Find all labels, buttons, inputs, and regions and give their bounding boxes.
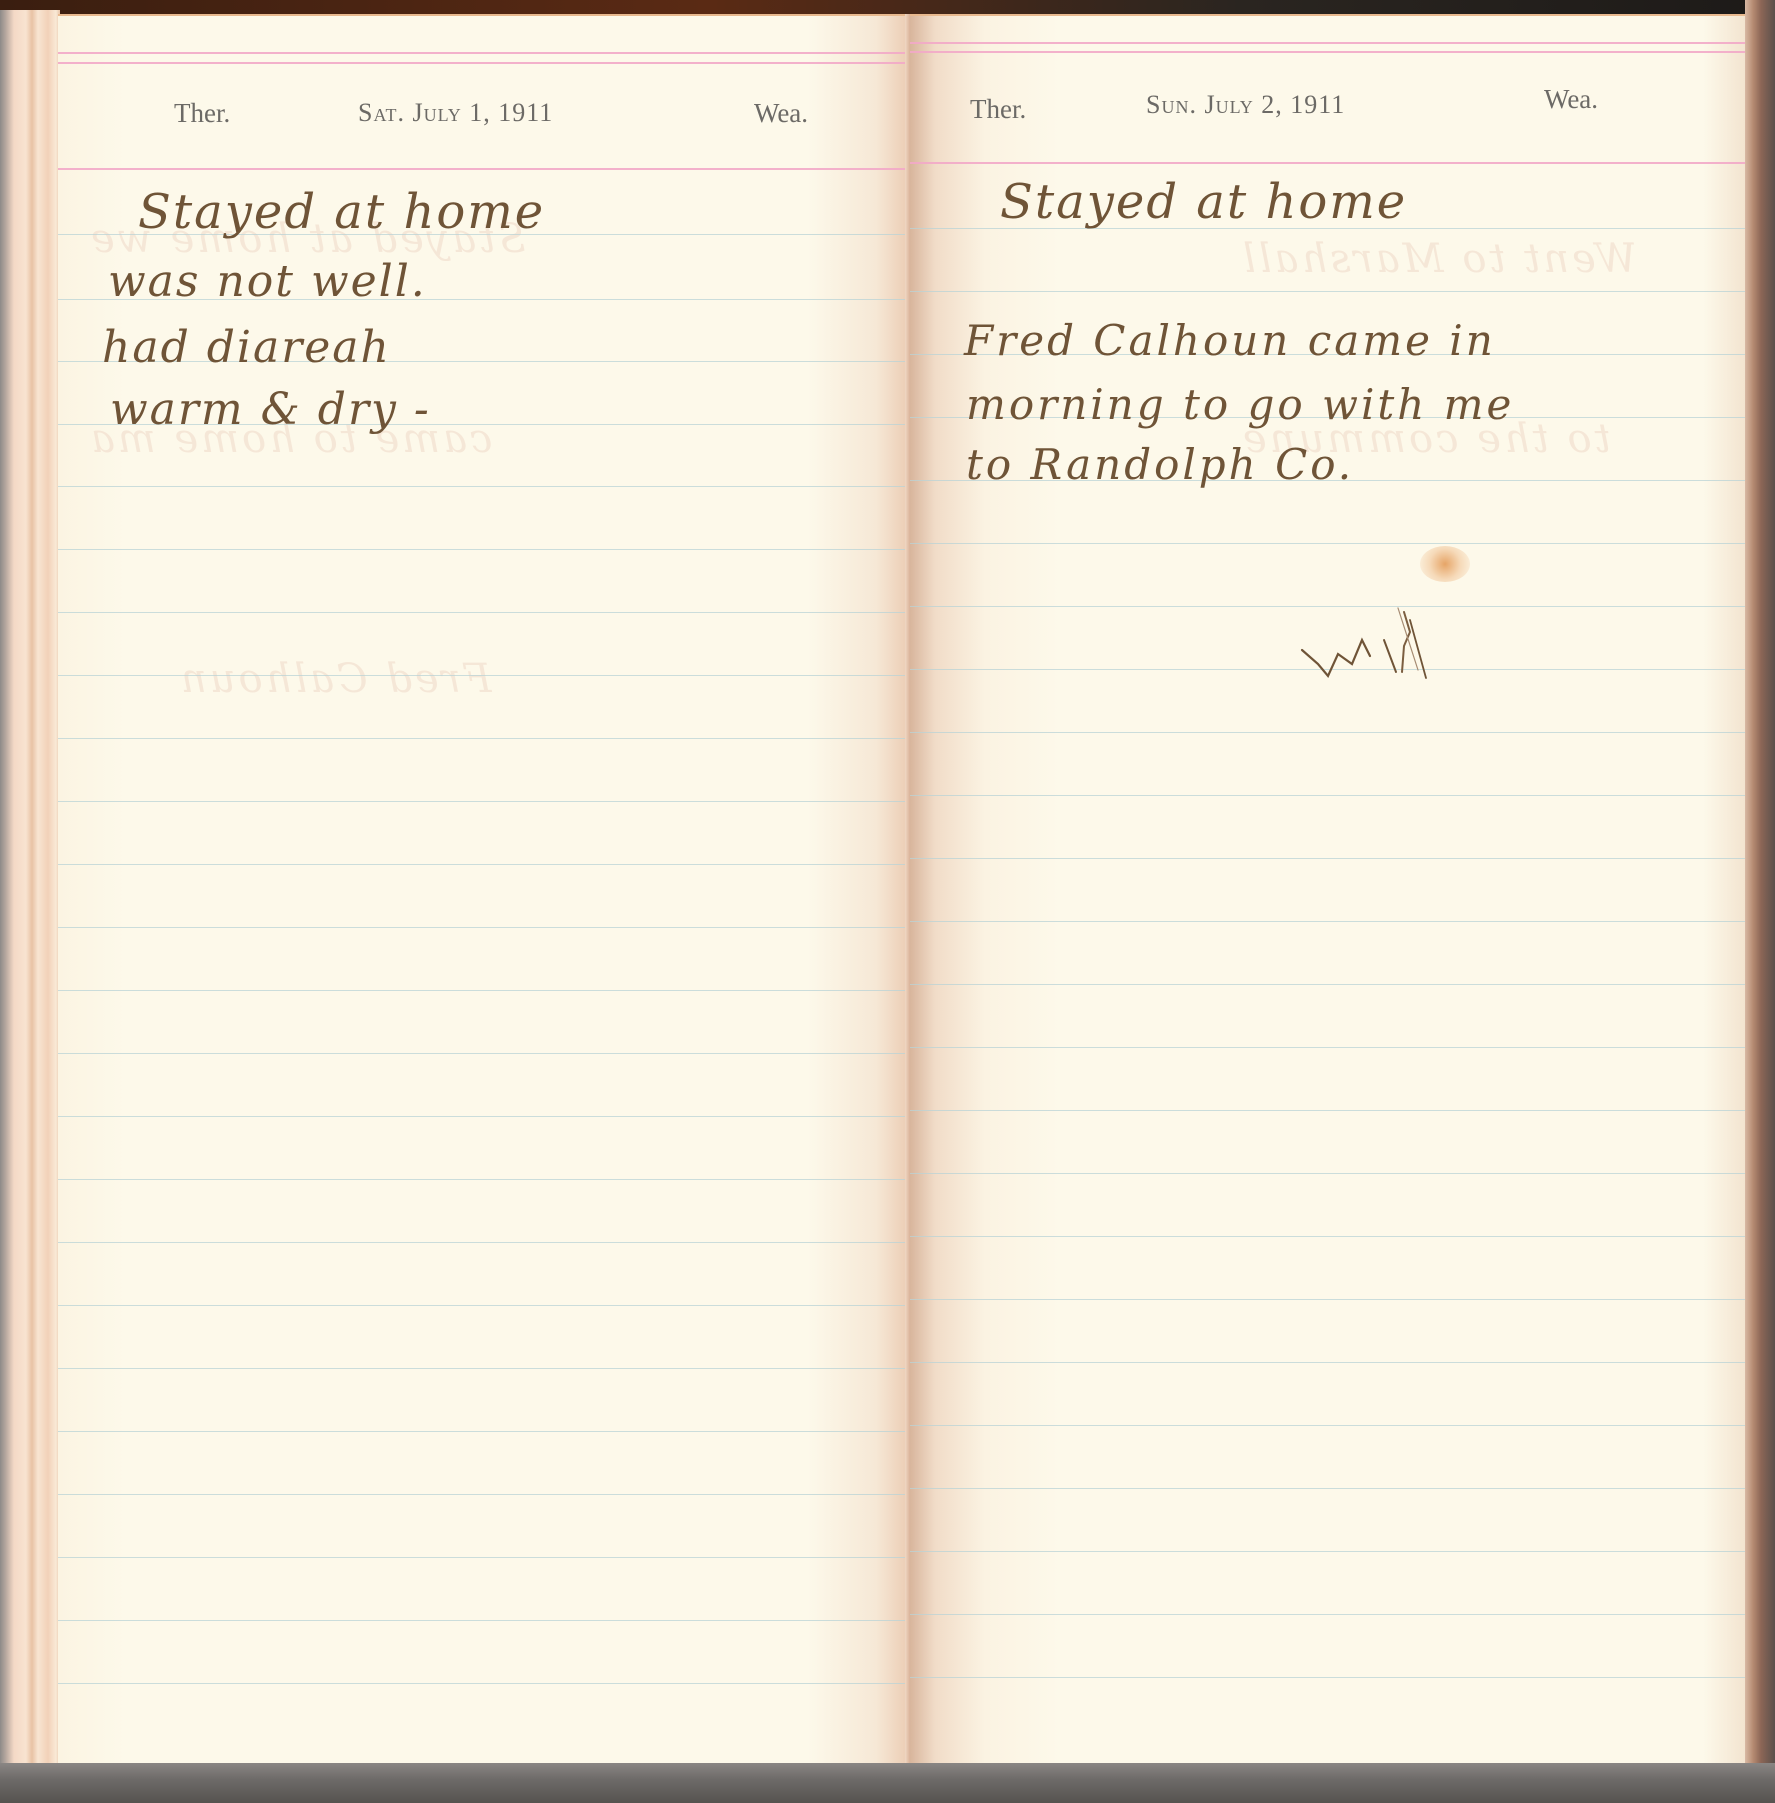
right-page: Ther. Sun. July 2, 1911 Wea. Went to Mar… [910,14,1745,1768]
entry-line-3: had diareah [102,322,391,373]
ruled-line [910,1047,1745,1048]
ruled-line [58,675,910,676]
entry-line-2: Fred Calhoun came in [964,316,1496,365]
ruled-line [58,1242,910,1243]
ruled-line [910,543,1745,544]
entry-line-2: was not well. [108,256,427,307]
ruled-line [910,1110,1745,1111]
ruled-line [58,801,910,802]
ruled-line [58,1116,910,1117]
ruled-line [910,858,1745,859]
header-rule-bottom [910,162,1745,164]
entry-line-4: to Randolph Co. [966,440,1354,489]
ther-label: Ther. [970,94,1026,125]
ruled-line [58,549,910,550]
header-rule-top [58,52,910,54]
ruled-line [58,927,910,928]
entry-line-4: warm & dry - [110,384,431,435]
date-heading: Sat. July 1, 1911 [358,98,553,128]
ink-stain [1420,546,1470,582]
ruled-line [910,1677,1745,1678]
ruled-line [910,1236,1745,1237]
ruled-line [58,1494,910,1495]
ruled-line [58,1620,910,1621]
ruled-line [58,1683,910,1684]
scribble-mark-icon [1300,606,1430,726]
left-page: Ther. Sat. July 1, 1911 Wea. Stayed at h… [58,14,910,1768]
ruled-line [910,291,1745,292]
ruled-line [910,1425,1745,1426]
ruled-line [910,921,1745,922]
ruled-line [58,738,910,739]
ruled-line [58,1179,910,1180]
header-rule-top-second [910,51,1745,53]
ruled-line [910,795,1745,796]
wea-label: Wea. [754,98,808,129]
ruled-line [58,486,910,487]
book-bottom-edge [0,1763,1775,1803]
entry-line-1: Stayed at home [138,184,545,240]
entry-line-3: morning to go with me [966,380,1514,429]
stacked-page-edges-left [0,10,60,1770]
ruled-line [910,1614,1745,1615]
ruled-line [58,1053,910,1054]
header-rule-bottom [58,168,910,170]
header-rule-top [910,42,1745,44]
entry-line-1: Stayed at home [1000,174,1407,230]
ruled-line [58,612,910,613]
ruled-line [910,984,1745,985]
wea-label: Wea. [1544,84,1598,115]
ruled-line [910,1299,1745,1300]
ruled-line [910,1551,1745,1552]
ruled-line [58,1368,910,1369]
ruled-line [58,1431,910,1432]
ruled-line [910,732,1745,733]
header-rule-top-second [58,62,910,64]
ruled-line [58,864,910,865]
bleed-through-text: Fred Calhoun [178,656,491,702]
ther-label: Ther. [174,98,230,129]
ruled-line [910,1173,1745,1174]
ruled-line [58,1305,910,1306]
ruled-line [58,990,910,991]
ruled-line [910,1362,1745,1363]
book-cover-right-edge [1745,0,1775,1780]
ruled-line [58,1557,910,1558]
bleed-through-text: Went to Marshall [1240,236,1637,282]
ruled-line [910,1488,1745,1489]
date-heading: Sun. July 2, 1911 [1146,90,1345,120]
